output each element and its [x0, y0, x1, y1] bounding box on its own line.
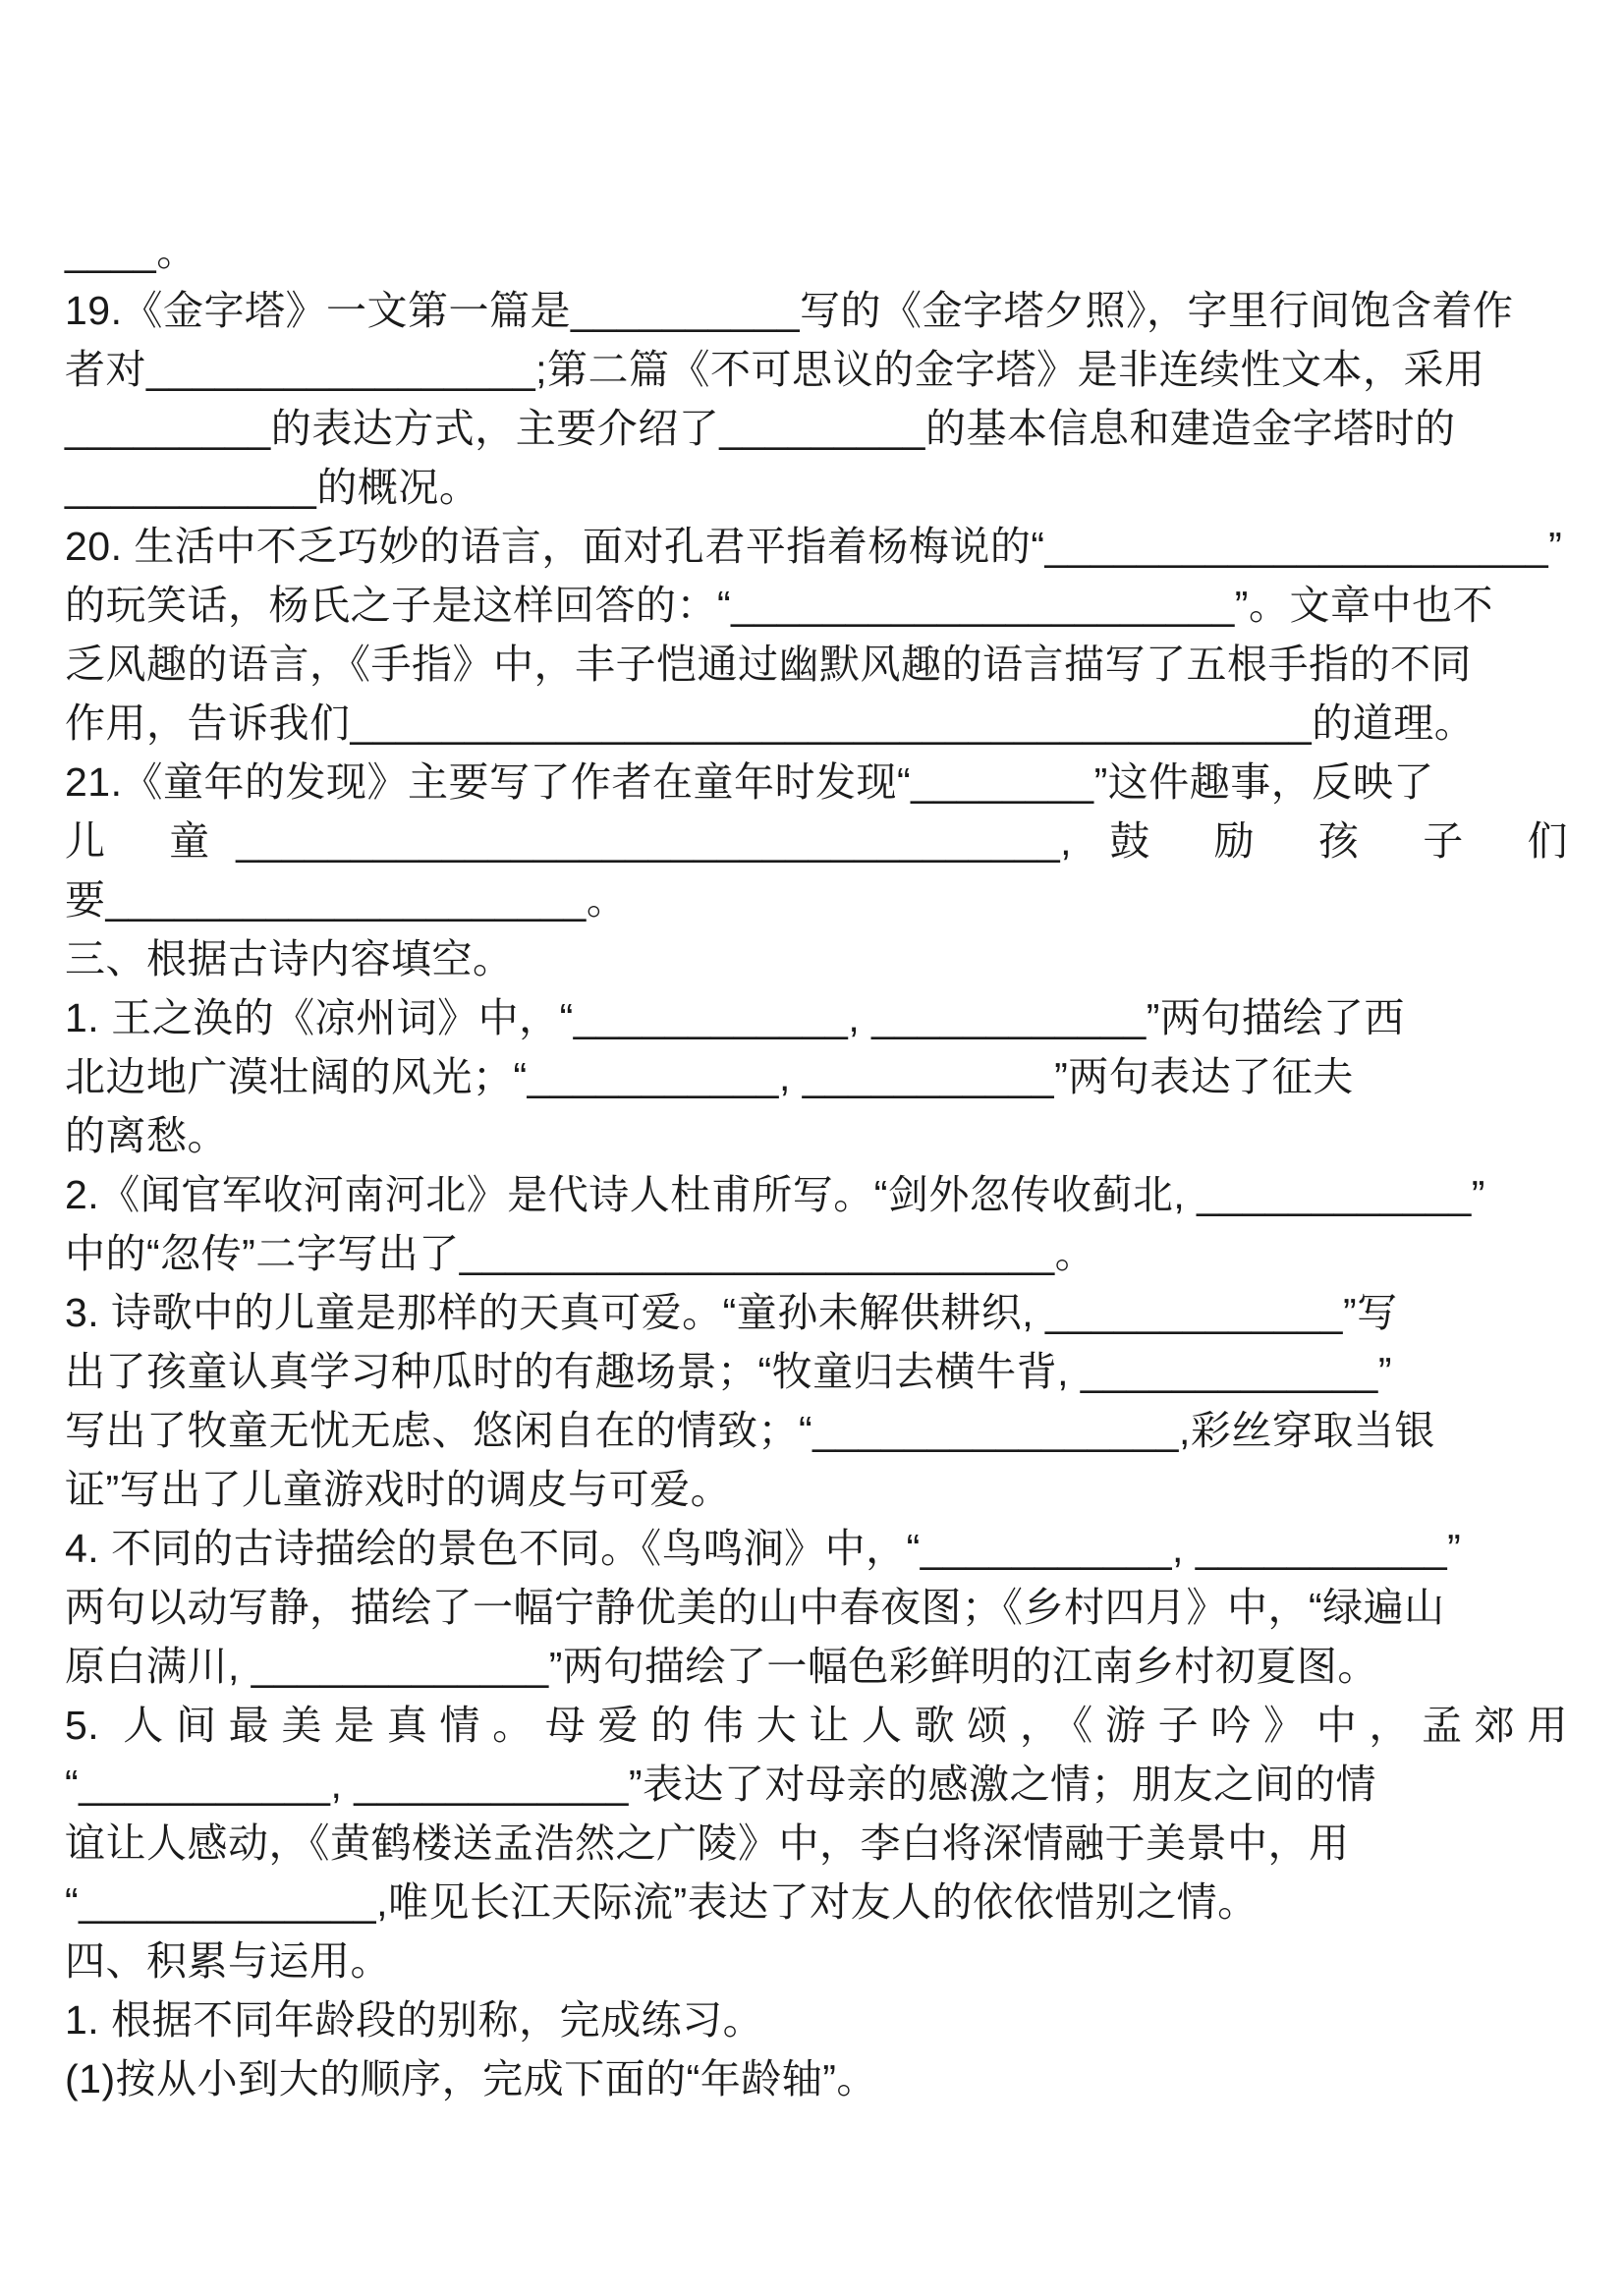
- question-21-line-2: 儿 童____________________________________,…: [65, 812, 1568, 870]
- document-page: ____。 19.《金字塔》一文第一篇是__________写的《金字塔夕照》，…: [0, 0, 1623, 2296]
- question-20-line-2: 的玩笑话，杨氏之子是这样回答的：“______________________”…: [65, 576, 1568, 635]
- poem-q5-line-3: 谊让人感动，《黄鹤楼送孟浩然之广陵》中，李白将深情融于美景中，用: [65, 1814, 1568, 1873]
- section-3-heading: 三、根据古诗内容填空。: [65, 929, 1568, 988]
- question-19-line-4: ___________的概况。: [65, 458, 1568, 517]
- poem-q4-line-3: 原白满川, _____________”两句描绘了一幅色彩鲜明的江南乡村初夏图。: [65, 1637, 1568, 1696]
- poem-q2-line-1: 2.《闻官军收河南河北》是代诗人杜甫所写。“剑外忽传收蓟北, _________…: [65, 1165, 1568, 1224]
- poem-q2-line-2: 中的“忽传”二字写出了__________________________。: [65, 1224, 1568, 1283]
- poem-q4-line-1: 4. 不同的古诗描绘的景色不同。《鸟鸣涧》中，“___________, ___…: [65, 1519, 1568, 1578]
- poem-q1-line-2: 北边地广漠壮阔的风光；“___________, ___________”两句表…: [65, 1047, 1568, 1106]
- prev-answer-blank-line: ____。: [65, 222, 1568, 281]
- section-4-q1-line: 1. 根据不同年龄段的别称，完成练习。: [65, 1990, 1568, 2049]
- poem-q1-line-3: 的离愁。: [65, 1106, 1568, 1165]
- question-21-line-1: 21.《童年的发现》主要写了作者在童年时发现“________”这件趣事，反映了: [65, 753, 1568, 812]
- poem-q3-line-1: 3. 诗歌中的儿童是那样的天真可爱。“童孙未解供耕织, ____________…: [65, 1283, 1568, 1342]
- poem-q5-line-4: “_____________,唯见长江天际流”表达了对友人的依依惜别之情。: [65, 1873, 1568, 1932]
- question-19-line-3: _________的表达方式，主要介绍了_________的基本信息和建造金字塔…: [65, 399, 1568, 458]
- question-20-line-4: 作用，告诉我们_________________________________…: [65, 694, 1568, 753]
- poem-q4-line-2: 两句以动写静，描绘了一幅宁静优美的山中春夜图；《乡村四月》中，“绿遍山: [65, 1578, 1568, 1637]
- worksheet-text-block: ____。 19.《金字塔》一文第一篇是__________写的《金字塔夕照》，…: [65, 222, 1568, 2108]
- question-20-line-3: 乏风趣的语言，《手指》中，丰子恺通过幽默风趣的语言描写了五根手指的不同: [65, 635, 1568, 694]
- poem-q3-line-2: 出了孩童认真学习种瓜时的有趣场景；“牧童归去横牛背, _____________…: [65, 1342, 1568, 1401]
- poem-q1-line-1: 1. 王之涣的《凉州词》中，“____________, ___________…: [65, 988, 1568, 1047]
- question-19-line-2: 者对_________________;第二篇《不可思议的金字塔》是非连续性文本…: [65, 340, 1568, 399]
- poem-q5-line-2: “___________, ____________”表达了对母亲的感激之情；朋…: [65, 1755, 1568, 1814]
- poem-q3-line-4: 证”写出了儿童游戏时的调皮与可爱。: [65, 1460, 1568, 1519]
- question-19-line-1: 19.《金字塔》一文第一篇是__________写的《金字塔夕照》，字里行间饱含…: [65, 281, 1568, 340]
- section-4-q1-sub1-line: (1)按从小到大的顺序，完成下面的“年龄轴”。: [65, 2049, 1568, 2108]
- question-20-line-1: 20. 生活中不乏巧妙的语言，面对孔君平指着杨梅说的“_____________…: [65, 517, 1568, 576]
- poem-q5-line-1: 5. 人间最美是真情。母爱的伟大让人歌颂，《游子吟》中，孟郊用: [65, 1696, 1568, 1755]
- question-21-line-3: 要_____________________。: [65, 870, 1568, 929]
- section-4-heading: 四、积累与运用。: [65, 1932, 1568, 1990]
- poem-q3-line-3: 写出了牧童无忧无虑、悠闲自在的情致；“________________,彩丝穿取…: [65, 1401, 1568, 1460]
